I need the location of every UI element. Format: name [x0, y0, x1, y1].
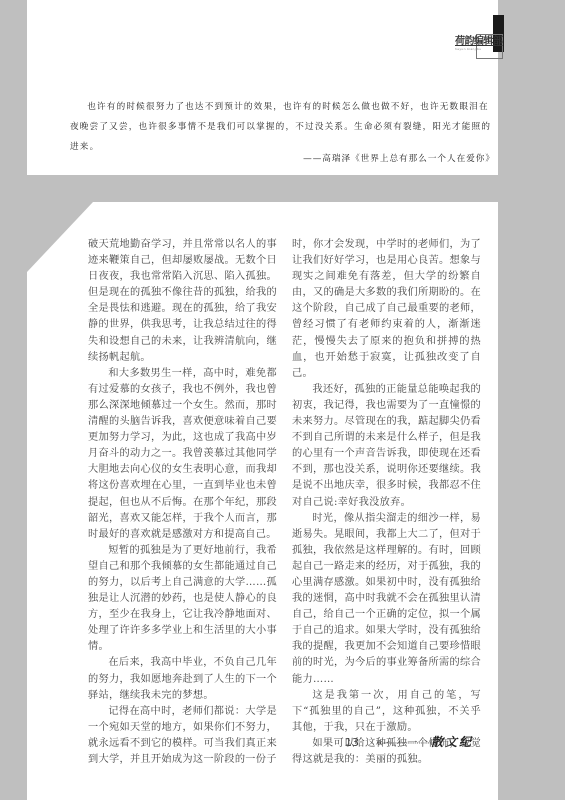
paragraph: 和大多数男生一样，高中时，难免都有过爱慕的女孩子，我也不例外，我也曾那么深深地倾… — [88, 366, 277, 543]
left-margin-band — [0, 0, 27, 800]
page-number: 13 — [345, 736, 359, 749]
epigraph-quote: 也许有的时候很努力了也达不到预计的效果，也许有的时候怎么做也做不好，也许无数眼泪… — [70, 97, 495, 157]
dotted-leader: ·························· — [383, 739, 431, 749]
section-title: 荷韵编辑部 — [455, 32, 507, 47]
corner-diagonal-decoration — [27, 202, 93, 272]
paragraph: 记得在高中时，老师们都说：大学是一个宛如天堂的地方，如果你们不努力，就永远看不到… — [88, 704, 277, 768]
section-name: 散文纪 — [431, 735, 473, 749]
section-header: 荷韵编辑部 heyun bianjibu — [455, 32, 507, 51]
paragraph: 时光，像从指尖溜走的细沙一样，易逝易失。晃眼间，我都上大二了，但对于孤独，我依然… — [292, 511, 481, 688]
section-subtitle: heyun bianjibu — [455, 47, 507, 51]
article-column-left: 破天荒地勤奋学习，并且常常以名人的事迹来鞭策自己，但却屡败屡战。无数个日日夜夜，… — [88, 237, 277, 768]
page-footer: 13 «··························散文纪 — [345, 733, 473, 750]
paragraph: 这是我第一次，用自己的笔，写下“孤独里的自己”，这种孤独，不关乎其他，于我，只在… — [292, 688, 481, 736]
separator-band — [27, 175, 498, 202]
paragraph: 短暂的孤独是为了更好地前行，我希望自己和那个我倾慕的女生都能通过自己的努力，以后… — [88, 543, 277, 656]
article-column-right: 时，你才会发现，中学时的老师们，为了让我们好好学习，也是用心良苦。想象与现实之间… — [292, 237, 481, 768]
paragraph: 在后来，我高中毕业，不负自己几年的努力，我如愿地奔赴到了人生的下一个驿站，继续我… — [88, 655, 277, 703]
paragraph: 破天荒地勤奋学习，并且常常以名人的事迹来鞭策自己，但却屡败屡战。无数个日日夜夜，… — [88, 237, 277, 366]
epigraph-source: ——高瑞泽《世界上总有那么一个人在爱你》 — [260, 152, 495, 164]
paragraph: 时，你才会发现，中学时的老师们，为了让我们好好学习，也是用心良苦。想象与现实之间… — [292, 237, 481, 382]
right-margin-band — [498, 0, 565, 800]
paragraph: 我还好，孤独的正能量总能唤起我的初衷，我记得，我也需要为了一直憧憬的未来努力。尽… — [292, 382, 481, 511]
